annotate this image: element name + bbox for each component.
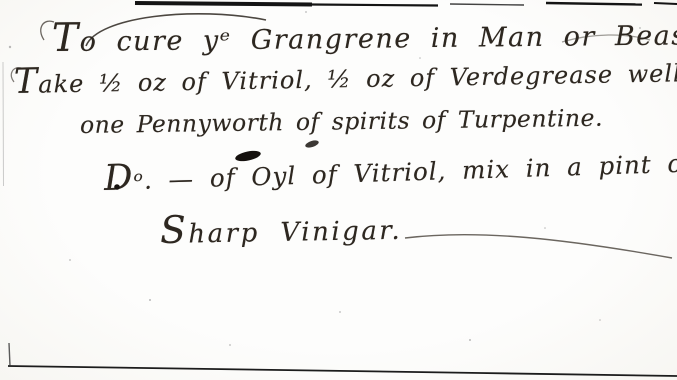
top-scan-border-segment-1 [135, 3, 312, 5]
handwritten-line-ingredients-2: one Pennyworth of spirits of Turpentine. [80, 103, 603, 141]
bottom-left-corner-tick [9, 343, 10, 366]
handwritten-line-vinegar: Sharp Vinigar. [160, 202, 403, 255]
top-scan-border-segment-3 [450, 4, 524, 5]
vinigar-trailing-dash [405, 235, 672, 258]
handwritten-line-ditto: Dᵒ. — of Oyl of Vitriol, mix in a pint o… [103, 137, 677, 202]
top-scan-border-segment-2 [312, 5, 438, 6]
left-page-edge-line [3, 62, 4, 186]
bottom-scan-border [8, 366, 677, 376]
top-scan-border-segment-5 [654, 3, 677, 4]
scanned-manuscript-page: To cure yᵉ Grangrene in Man or Beast Tak… [0, 0, 677, 380]
ink-blot-small [304, 139, 319, 149]
top-scan-border-segment-4 [546, 3, 642, 5]
